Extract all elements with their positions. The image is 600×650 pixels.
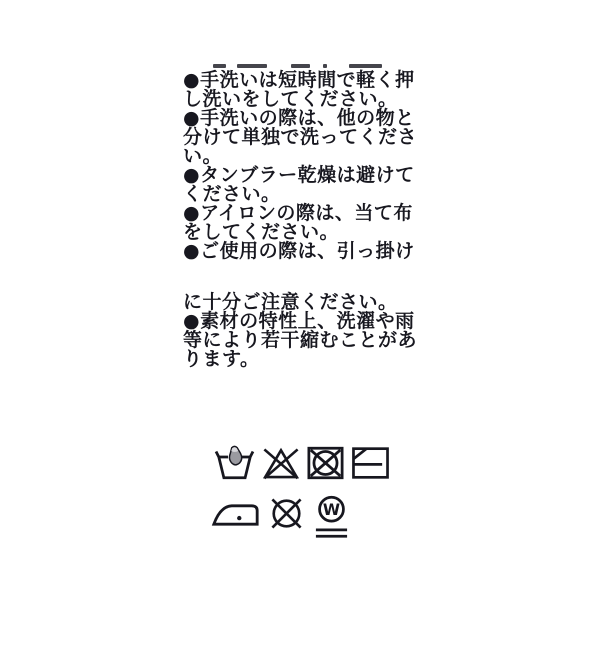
- care-instructions-text: ●手洗いは短時間で軽く押 し洗いをしてください。 ●手洗いの際は、他の物と 分け…: [183, 52, 417, 369]
- care-symbols-row-1: [212, 445, 392, 481]
- do-not-tumble-dry-icon: [305, 445, 346, 481]
- clipped-glyph-fragment: [291, 64, 310, 68]
- clipped-text-line: [183, 52, 417, 71]
- do-not-dry-clean-icon: [267, 495, 306, 532]
- wet-clean-very-gentle-icon: W: [313, 495, 350, 539]
- iron-low-one-dot-icon: [211, 495, 260, 528]
- clipped-glyph-fragment: [349, 64, 382, 68]
- care-text-line: ●ご使用の際は、引っ掛け: [183, 242, 417, 261]
- clipped-glyph-fragment: [323, 64, 327, 68]
- clipped-glyph-fragment: [237, 64, 267, 68]
- care-label-page: { "page": { "background": "#ffffff", "in…: [0, 0, 600, 650]
- care-text-block-2: に十分ご注意ください。 ●素材の特性上、洗濯や雨 等により若干縮むことがあ りま…: [183, 293, 417, 369]
- wet-clean-letter: W: [323, 501, 340, 519]
- dry-flat-in-shade-icon: [349, 445, 392, 481]
- hand-wash-icon: [212, 445, 257, 481]
- care-text-line: ります。: [183, 350, 417, 369]
- care-symbols-row-2: W: [211, 495, 350, 539]
- do-not-bleach-icon: [260, 445, 302, 481]
- clipped-glyph-fragment: [213, 64, 226, 68]
